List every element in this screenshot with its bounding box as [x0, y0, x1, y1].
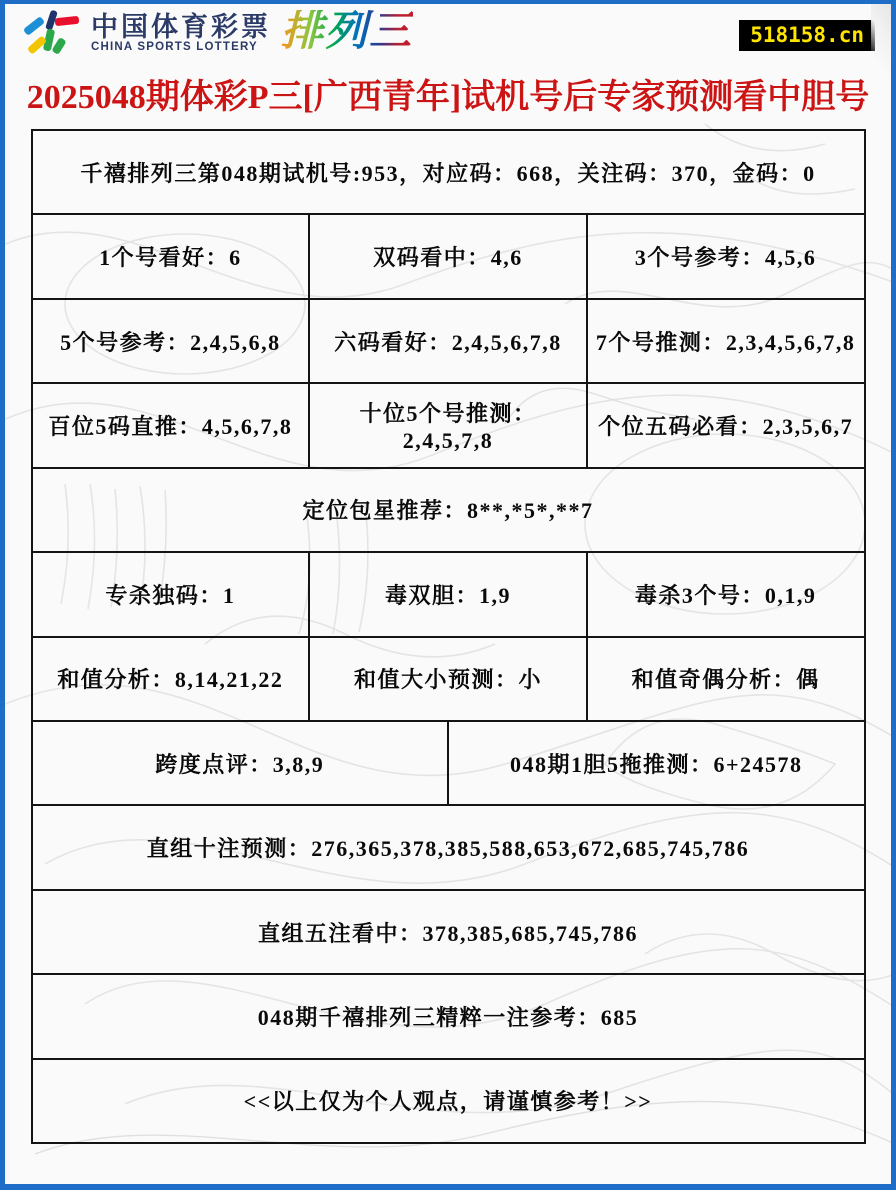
prediction-cell: 双码看中：4,6: [308, 215, 586, 297]
prediction-cell: 专杀独码：1: [33, 553, 309, 635]
prediction-cell: 048期1胆5拖推测：6+24578: [447, 722, 864, 804]
prediction-cell: 7个号推测：2,3,4,5,6,7,8: [586, 300, 864, 382]
prediction-cell: 直组五注看中：378,385,685,745,786: [33, 891, 864, 973]
prediction-cell: 毒杀3个号：0,1,9: [586, 553, 864, 635]
prediction-cell: 毒双胆：1,9: [308, 553, 586, 635]
prediction-cell: 跨度点评：3,8,9: [33, 722, 448, 804]
table-row-pick-counts-2: 5个号参考：2,4,5,6,8 六码看好：2,4,5,6,7,8 7个号推测：2…: [33, 298, 864, 382]
prediction-cell: 3个号参考：4,5,6: [586, 215, 864, 297]
prediction-cell: 1个号看好：6: [33, 215, 309, 297]
disclaimer-text: <<以上仅为个人观点，请谨慎参考！>>: [33, 1060, 864, 1142]
logo-english-name: CHINA SPORTS LOTTERY: [91, 41, 271, 53]
prediction-cell: 和值奇偶分析：偶: [586, 638, 864, 720]
prediction-cell: 和值分析：8,14,21,22: [33, 638, 309, 720]
site-badge[interactable]: 518158.cn: [739, 20, 875, 51]
table-row-positions: 百位5码直推：4,5,6,7,8 十位5个号推测：2,4,5,7,8 个位五码必…: [33, 382, 864, 466]
table-row-pick-counts-1: 1个号看好：6 双码看中：4,6 3个号参考：4,5,6: [33, 213, 864, 297]
prediction-cell: 十位5个号推测：2,4,5,7,8: [308, 384, 586, 466]
prediction-cell: 048期千禧排列三精粹一注参考：685: [33, 975, 864, 1057]
table-row-five-picks: 直组五注看中：378,385,685,745,786: [33, 889, 864, 973]
table-row-single-pick: 048期千禧排列三精粹一注参考：685: [33, 973, 864, 1057]
page-title: 2025048期体彩P三[广西青年]试机号后专家预测看中胆号: [5, 69, 891, 118]
prediction-cell: 千禧排列三第048期试机号:953，对应码：668，关注码：370，金码：0: [33, 131, 864, 213]
logo-text-block: 中国体育彩票 CHINA SPORTS LOTTERY: [91, 13, 271, 53]
table-row-span-and-dantuo: 跨度点评：3,8,9 048期1胆5拖推测：6+24578: [33, 720, 864, 804]
prediction-cell: 直组十注预测：276,365,378,385,588,653,672,685,7…: [33, 806, 864, 888]
table-row-machine-test-number: 千禧排列三第048期试机号:953，对应码：668，关注码：370，金码：0: [33, 131, 864, 213]
table-row-ten-picks: 直组十注预测：276,365,378,385,588,653,672,685,7…: [33, 804, 864, 888]
prediction-cell: 定位包星推荐：8**,*5*,**7: [33, 469, 864, 551]
prediction-cell: 和值大小预测：小: [308, 638, 586, 720]
prediction-cell: 5个号参考：2,4,5,6,8: [33, 300, 309, 382]
logo-chinese-name: 中国体育彩票: [91, 13, 271, 41]
page: 中国体育彩票 CHINA SPORTS LOTTERY 排列三 518158.c…: [0, 0, 896, 1190]
page-curl-decoration: [871, 4, 891, 92]
sports-lottery-logo-icon: [21, 8, 83, 58]
table-row-position-star: 定位包星推荐：8**,*5*,**7: [33, 467, 864, 551]
table-row-sum-analysis: 和值分析：8,14,21,22 和值大小预测：小 和值奇偶分析：偶: [33, 636, 864, 720]
header: 中国体育彩票 CHINA SPORTS LOTTERY 排列三 518158.c…: [5, 4, 891, 62]
table-row-disclaimer: <<以上仅为个人观点，请谨慎参考！>>: [33, 1058, 864, 1142]
prediction-cell: 六码看好：2,4,5,6,7,8: [308, 300, 586, 382]
product-wordmark: 排列三: [281, 10, 413, 52]
prediction-cell: 个位五码必看：2,3,5,6,7: [586, 384, 864, 466]
prediction-table: 千禧排列三第048期试机号:953，对应码：668，关注码：370，金码：0 1…: [31, 129, 866, 1144]
table-row-kill-numbers: 专杀独码：1 毒双胆：1,9 毒杀3个号：0,1,9: [33, 551, 864, 635]
prediction-cell: 百位5码直推：4,5,6,7,8: [33, 384, 309, 466]
